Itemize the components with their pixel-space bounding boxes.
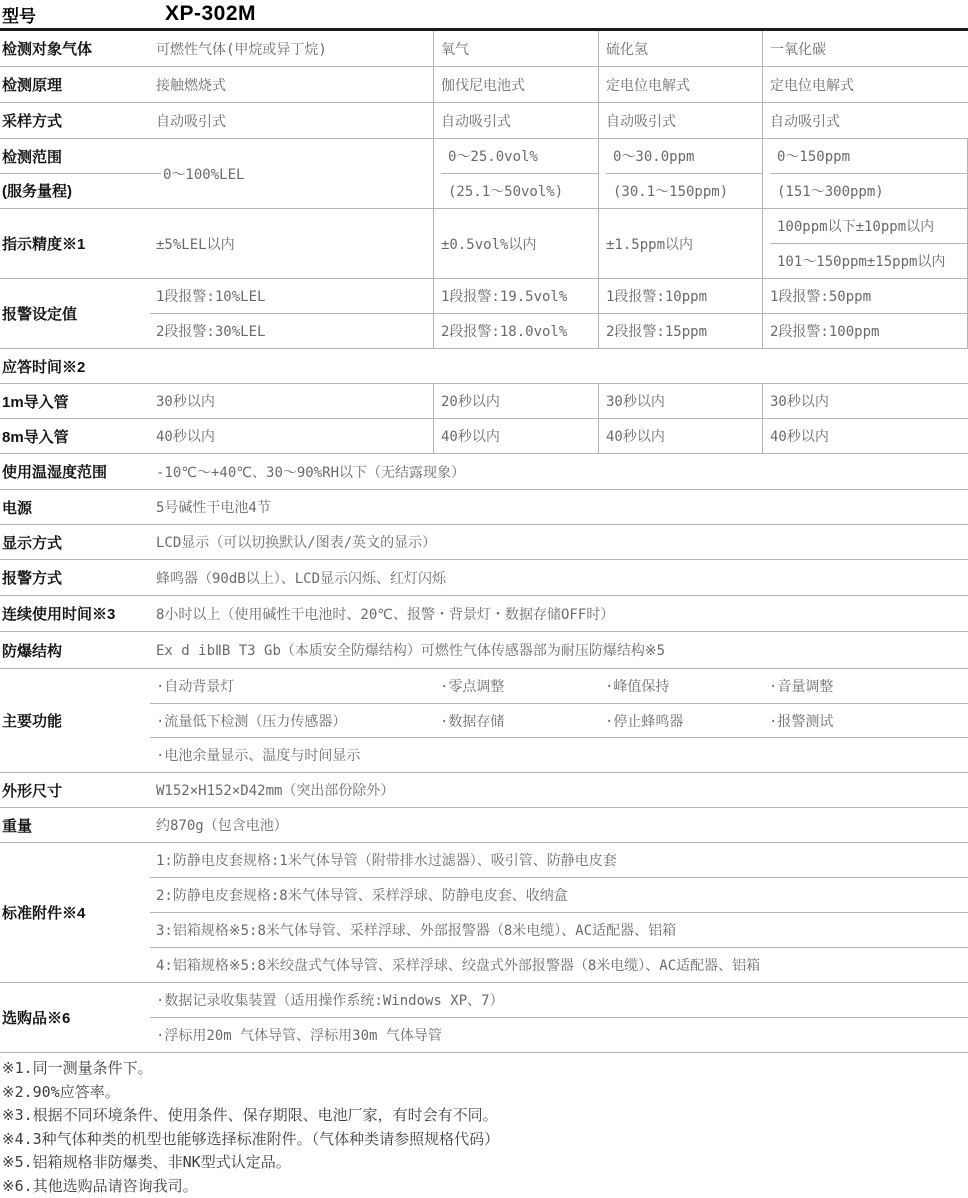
row-options: 选购品※6 ·数据记录收集装置（适用操作系统:Windows XP、7） ·浮标… (0, 983, 968, 1053)
model-label: 型号 (0, 2, 165, 27)
range-label-divider (0, 173, 161, 174)
footnote-6: ※6.其他选购品请咨询我司。 (2, 1175, 968, 1198)
gas-h2s: 硫化氢 (598, 31, 762, 66)
range-co-main: 0～150ppm (770, 139, 967, 174)
row-power: 电源 5号碱性干电池4节 (0, 490, 968, 525)
gas-combustible: 可燃性气体(甲烷或异丁烷) (150, 31, 433, 66)
functions-list: ·自动背景灯 ·零点调整 ·峰值保持 ·音量调整 ·流量低下检测（压力传感器） … (150, 669, 968, 772)
alarm1-h2s: 1段报警:10ppm (598, 279, 762, 313)
row-label: 防爆结构 (0, 632, 150, 668)
spec-sheet: 型号 XP-302M 检测对象气体 可燃性气体(甲烷或异丁烷) 氧气 硫化氢 一… (0, 0, 968, 1198)
gas-co: 一氧化碳 (762, 31, 968, 66)
alarm-level2-row: 2段报警:30%LEL 2段报警:18.0vol% 2段报警:15ppm 2段报… (150, 314, 967, 348)
row-label: 指示精度※1 (0, 209, 150, 278)
functions-row3: ·电池余量显示、温度与时间显示 (150, 738, 968, 772)
accessory-row: 4:铝箱规格※5:8米绞盘式气体导管、采样浮球、绞盘式外部报警器（8米电缆）、A… (150, 948, 968, 982)
range-h2s: 0～30.0ppm (30.1～150ppm) (598, 139, 762, 208)
row-temp-humidity: 使用温湿度范围 -10℃～+40℃、30～90%RH以下（无结露现象） (0, 454, 968, 490)
function-item: ·流量低下检测（压力传感器） (150, 704, 433, 738)
footnotes: ※1.同一测量条件下。 ※2.90%应答率。 ※3.根据不同环境条件、使用条件、… (0, 1053, 968, 1198)
range-oxygen-main: 0～25.0vol% (441, 139, 598, 174)
sampling-co: 自动吸引式 (762, 103, 968, 138)
alarm-level1-row: 1段报警:10%LEL 1段报警:19.5vol% 1段报警:10ppm 1段报… (150, 279, 967, 314)
footnote-3: ※3.根据不同环境条件、使用条件、保存期限、电池厂家，有时会有不同。 (2, 1104, 968, 1128)
accessory-item: 2:防静电皮套规格:8米气体导管、采样浮球、防静电皮套、收纳盒 (150, 878, 968, 912)
options-list: ·数据记录收集装置（适用操作系统:Windows XP、7） ·浮标用20m 气… (150, 983, 968, 1052)
tube1m-h2s: 30秒以内 (598, 384, 762, 418)
function-item: ·自动背景灯 (150, 669, 433, 703)
function-item: ·电池余量显示、温度与时间显示 (150, 738, 968, 772)
tube8m-h2s: 40秒以内 (598, 419, 762, 453)
row-dimensions: 外形尺寸 W152×H152×D42mm（突出部份除外） (0, 773, 968, 808)
accuracy-oxygen: ±0.5vol%以内 (433, 209, 598, 278)
accessory-item: 1:防静电皮套规格:1米气体导管（附带排水过滤器）、吸引管、防静电皮套 (150, 843, 968, 877)
alarm-values: 1段报警:10%LEL 1段报警:19.5vol% 1段报警:10ppm 1段报… (150, 279, 967, 348)
accessory-row: 3:铝箱规格※5:8米气体导管、采样浮球、外部报警器（8米电缆）、AC适配器、铝… (150, 913, 968, 948)
accessory-row: 1:防静电皮套规格:1米气体导管（附带排水过滤器）、吸引管、防静电皮套 (150, 843, 968, 878)
row-label: 外形尺寸 (0, 773, 150, 807)
alarm2-oxygen: 2段报警:18.0vol% (433, 314, 598, 348)
row-label: 选购品※6 (0, 983, 150, 1052)
range-co-service: (151～300ppm) (770, 174, 967, 208)
accessories-list: 1:防静电皮套规格:1米气体导管（附带排水过滤器）、吸引管、防静电皮套 2:防静… (150, 843, 968, 982)
accuracy-combustible: ±5%LEL以内 (150, 209, 433, 278)
footnote-5: ※5.铝箱规格非防爆类、非NK型式认定品。 (2, 1151, 968, 1175)
row-sampling: 采样方式 自动吸引式 自动吸引式 自动吸引式 自动吸引式 (0, 103, 968, 139)
row-label: 重量 (0, 808, 150, 842)
accessory-item: 3:铝箱规格※5:8米气体导管、采样浮球、外部报警器（8米电缆）、AC适配器、铝… (150, 913, 968, 947)
function-item: ·停止蜂鸣器 (598, 704, 762, 738)
row-alarm-method: 报警方式 蜂鸣器（90dB以上）、LCD显示闪烁、红灯闪烁 (0, 560, 968, 596)
tube8m-co: 40秒以内 (762, 419, 968, 453)
option-item: ·浮标用20m 气体导管、浮标用30m 气体导管 (150, 1018, 968, 1052)
tube1m-co: 30秒以内 (762, 384, 968, 418)
temp-humidity-value: -10℃～+40℃、30～90%RH以下（无结露现象） (150, 454, 968, 489)
accuracy-co-low: 100ppm以下±10ppm以内 (770, 209, 967, 244)
row-accuracy: 指示精度※1 ±5%LEL以内 ±0.5vol%以内 ±1.5ppm以内 100… (0, 209, 968, 279)
alarm2-co: 2段报警:100ppm (762, 314, 967, 348)
explosion-proof-value: Ex d ibⅡB T3 Gb（本质安全防爆结构）可燃性气体传感器部为耐压防爆结… (150, 632, 968, 668)
principle-oxygen: 伽伐尼电池式 (433, 67, 598, 102)
row-label: 报警设定值 (0, 279, 150, 348)
gas-oxygen: 氧气 (433, 31, 598, 66)
range-co: 0～150ppm (151～300ppm) (762, 139, 967, 208)
tube8m-oxygen: 40秒以内 (433, 419, 598, 453)
model-value: XP-302M (165, 2, 256, 26)
row-display: 显示方式 LCD显示（可以切换默认/图表/英文的显示） (0, 525, 968, 560)
weight-value: 约870g（包含电池） (150, 808, 968, 842)
runtime-value: 8小时以上（使用碱性干电池时、20℃、报警・背景灯・数据存储OFF时） (150, 596, 968, 631)
row-label: 1m导入管 (0, 384, 150, 418)
alarm1-oxygen: 1段报警:19.5vol% (433, 279, 598, 313)
footnote-4: ※4.3种气体种类的机型也能够选择标准附件。（气体种类请参照规格代码） (2, 1128, 968, 1152)
row-tube-1m: 1m导入管 30秒以内 20秒以内 30秒以内 30秒以内 (0, 384, 968, 419)
accuracy-co: 100ppm以下±10ppm以内 101～150ppm±15ppm以内 (762, 209, 967, 278)
option-item: ·数据记录收集装置（适用操作系统:Windows XP、7） (150, 983, 968, 1017)
range-combustible: 0～100%LEL (150, 139, 433, 208)
option-row: ·浮标用20m 气体导管、浮标用30m 气体导管 (150, 1018, 968, 1052)
display-value: LCD显示（可以切换默认/图表/英文的显示） (150, 525, 968, 559)
alarm2-h2s: 2段报警:15ppm (598, 314, 762, 348)
footnote-1: ※1.同一测量条件下。 (2, 1057, 968, 1081)
row-label: 检测对象气体 (0, 31, 150, 66)
range-label-bottom: (服务量程) (0, 174, 150, 209)
row-explosion-proof: 防爆结构 Ex d ibⅡB T3 Gb（本质安全防爆结构）可燃性气体传感器部为… (0, 632, 968, 669)
sampling-oxygen: 自动吸引式 (433, 103, 598, 138)
row-label: 主要功能 (0, 669, 150, 772)
row-label: 应答时间※2 (0, 349, 968, 383)
function-item: ·报警测试 (762, 704, 968, 738)
range-oxygen-service: (25.1～50vol%) (441, 174, 598, 208)
row-principle: 检测原理 接触燃烧式 伽伐尼电池式 定电位电解式 定电位电解式 (0, 67, 968, 103)
alarm1-combustible: 1段报警:10%LEL (150, 279, 433, 313)
dimensions-value: W152×H152×D42mm（突出部份除外） (150, 773, 968, 807)
accuracy-h2s: ±1.5ppm以内 (598, 209, 762, 278)
row-tube-8m: 8m导入管 40秒以内 40秒以内 40秒以内 40秒以内 (0, 419, 968, 454)
range-h2s-main: 0～30.0ppm (606, 139, 762, 174)
row-label: 检测原理 (0, 67, 150, 102)
row-alarm-setpoints: 报警设定值 1段报警:10%LEL 1段报警:19.5vol% 1段报警:10p… (0, 279, 968, 349)
range-label-top: 检测范围 (0, 139, 150, 174)
function-item: ·数据存储 (433, 704, 598, 738)
footnote-2: ※2.90%应答率。 (2, 1081, 968, 1105)
row-label: 采样方式 (0, 103, 150, 138)
row-label: 报警方式 (0, 560, 150, 595)
row-standard-accessories: 标准附件※4 1:防静电皮套规格:1米气体导管（附带排水过滤器）、吸引管、防静电… (0, 843, 968, 983)
function-item: ·零点调整 (433, 669, 598, 703)
alarm-method-value: 蜂鸣器（90dB以上）、LCD显示闪烁、红灯闪烁 (150, 560, 968, 595)
function-item: ·峰值保持 (598, 669, 762, 703)
accuracy-co-high: 101～150ppm±15ppm以内 (770, 244, 967, 278)
alarm2-combustible: 2段报警:30%LEL (150, 314, 433, 348)
model-header-row: 型号 XP-302M (0, 0, 968, 31)
row-weight: 重量 约870g（包含电池） (0, 808, 968, 843)
tube1m-oxygen: 20秒以内 (433, 384, 598, 418)
accessory-item: 4:铝箱规格※5:8米绞盘式气体导管、采样浮球、绞盘式外部报警器（8米电缆）、A… (150, 948, 968, 982)
function-item: ·音量调整 (762, 669, 968, 703)
principle-h2s: 定电位电解式 (598, 67, 762, 102)
row-label: 连续使用时间※3 (0, 596, 150, 631)
row-label: 使用温湿度范围 (0, 454, 150, 489)
row-detection-range: 检测范围 (服务量程) 0～100%LEL 0～25.0vol% (25.1～5… (0, 139, 968, 209)
alarm1-co: 1段报警:50ppm (762, 279, 967, 313)
sampling-h2s: 自动吸引式 (598, 103, 762, 138)
row-runtime: 连续使用时间※3 8小时以上（使用碱性干电池时、20℃、报警・背景灯・数据存储O… (0, 596, 968, 632)
principle-combustible: 接触燃烧式 (150, 67, 433, 102)
power-value: 5号碱性干电池4节 (150, 490, 968, 524)
range-h2s-service: (30.1～150ppm) (606, 174, 762, 208)
sampling-combustible: 自动吸引式 (150, 103, 433, 138)
functions-row1: ·自动背景灯 ·零点调整 ·峰值保持 ·音量调整 (150, 669, 968, 704)
principle-co: 定电位电解式 (762, 67, 968, 102)
row-main-functions: 主要功能 ·自动背景灯 ·零点调整 ·峰值保持 ·音量调整 ·流量低下检测（压力… (0, 669, 968, 773)
accessory-row: 2:防静电皮套规格:8米气体导管、采样浮球、防静电皮套、收纳盒 (150, 878, 968, 913)
functions-row2: ·流量低下检测（压力传感器） ·数据存储 ·停止蜂鸣器 ·报警测试 (150, 704, 968, 739)
row-response-time-header: 应答时间※2 (0, 349, 968, 384)
row-label: 标准附件※4 (0, 843, 150, 982)
range-oxygen: 0～25.0vol% (25.1～50vol%) (433, 139, 598, 208)
option-row: ·数据记录收集装置（适用操作系统:Windows XP、7） (150, 983, 968, 1018)
row-label: 8m导入管 (0, 419, 150, 453)
row-target-gas: 检测对象气体 可燃性气体(甲烷或异丁烷) 氧气 硫化氢 一氧化碳 (0, 31, 968, 67)
tube8m-combustible: 40秒以内 (150, 419, 433, 453)
row-label: 显示方式 (0, 525, 150, 559)
row-label: 电源 (0, 490, 150, 524)
tube1m-combustible: 30秒以内 (150, 384, 433, 418)
